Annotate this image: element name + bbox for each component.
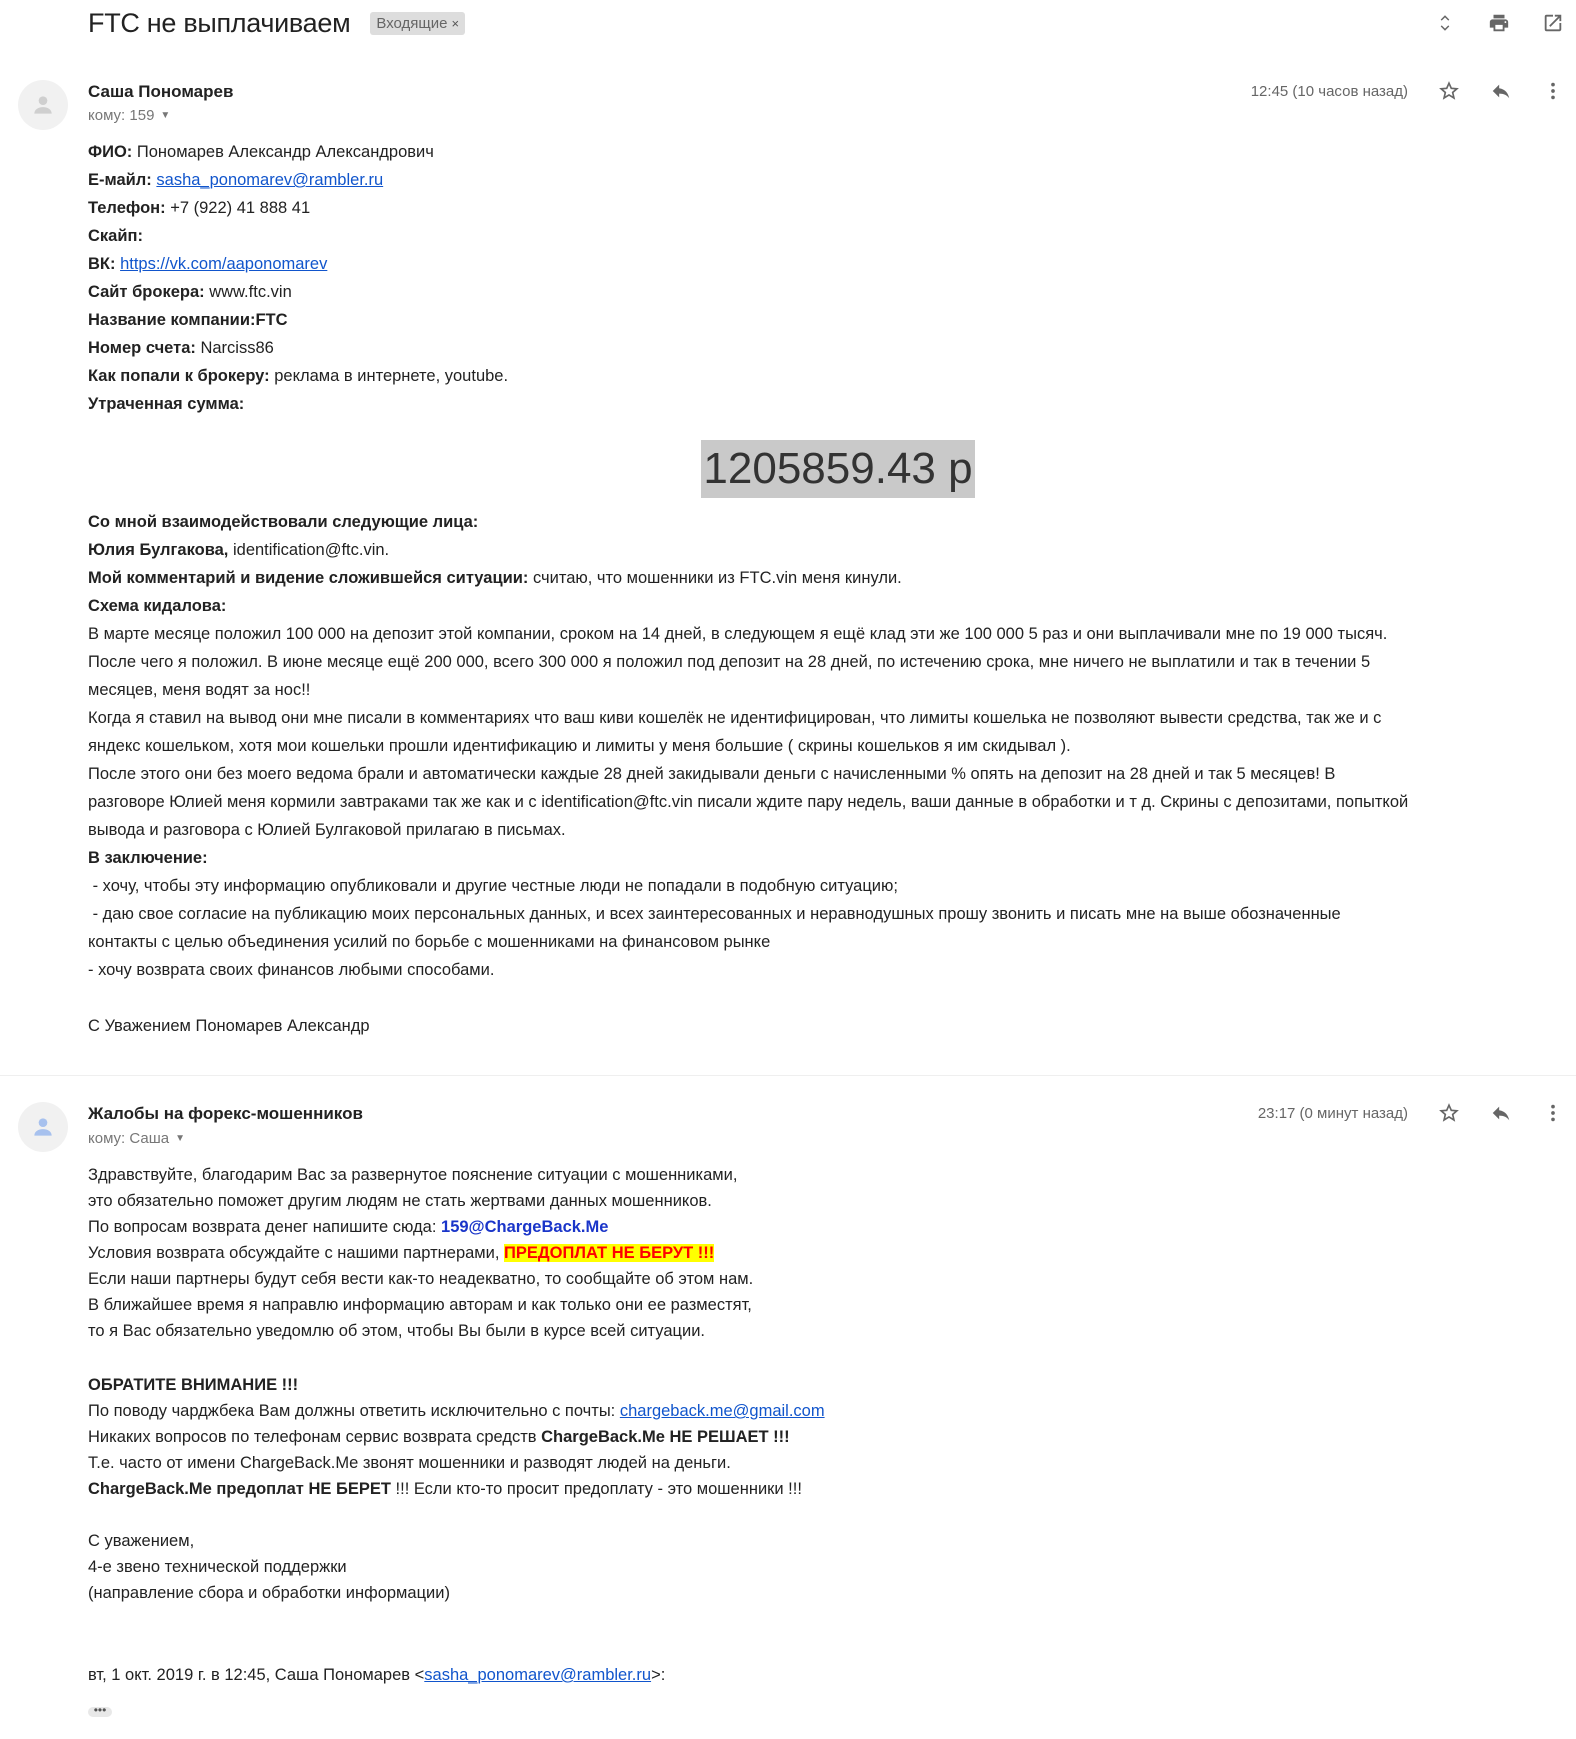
field-email: Е-майл: sasha_ponomarev@rambler.ru [88, 166, 1568, 194]
field-fio: ФИО: Пономарев Александр Александрович [88, 138, 1568, 166]
message-time: 23:17 (0 минут назад) [1258, 1105, 1408, 1122]
star-icon[interactable] [1436, 1100, 1462, 1126]
signature: С Уважением Пономарев Александр [88, 1012, 1568, 1040]
open-new-window-icon[interactable] [1540, 10, 1566, 36]
person-icon [30, 1114, 56, 1140]
persons-heading: Со мной взаимодействовали следующие лица… [88, 508, 1568, 536]
print-icon[interactable] [1486, 10, 1512, 36]
avatar[interactable] [18, 80, 68, 130]
scheme-line: В марте месяце положил 100 000 на депози… [88, 620, 1568, 648]
scheme-line: После этого они без моего ведома брали и… [88, 760, 1568, 788]
field-broker-site: Сайт брокера: www.ftc.vin [88, 278, 1568, 306]
chargeback-email-link[interactable]: chargeback.me@gmail.com [620, 1402, 825, 1420]
phone-line: Никаких вопросов по телефонам сервис воз… [88, 1424, 1568, 1450]
scheme-line: яндекс кошельком, хотя мои кошельки прош… [88, 732, 1568, 760]
info-line: то я Вас обязательно уведомлю об этом, ч… [88, 1318, 1568, 1344]
person-line: Юлия Булгакова, identification@ftc.vin. [88, 536, 1568, 564]
contact-line: По вопросам возврата денег напишите сюда… [88, 1214, 1568, 1240]
label-text: Входящие [376, 15, 447, 32]
show-details-caret-icon[interactable]: ▼ [175, 1133, 185, 1144]
scheme-line: месяцев, меня водят за нос!! [88, 676, 1568, 704]
conclusion-line: - хочу, чтобы эту информацию опубликовал… [88, 872, 1568, 900]
reply-icon[interactable] [1488, 78, 1514, 104]
info-line: Если наши партнеры будут себя вести как-… [88, 1266, 1568, 1292]
more-options-icon[interactable] [1540, 1100, 1566, 1126]
scheme-heading: Схема кидалова: [88, 592, 1568, 620]
field-account: Номер счета: Narciss86 [88, 334, 1568, 362]
show-trimmed-content-button[interactable]: ••• [88, 1707, 112, 1717]
inbox-label-chip[interactable]: Входящие × [370, 12, 465, 35]
recipient-text: кому: Саша [88, 1130, 169, 1147]
recipient-line[interactable]: кому: 159 ▼ [88, 107, 170, 124]
message-divider [0, 1075, 1576, 1076]
more-options-icon[interactable] [1540, 78, 1566, 104]
remove-label-icon[interactable]: × [451, 16, 459, 31]
field-company: Название компании:FTC [88, 306, 1568, 334]
conclusion-line: - хочу возврата своих финансов любыми сп… [88, 956, 1568, 984]
amount-wrap: 1205859.43 р [88, 440, 1576, 498]
thread-header: FTC не выплачиваем Входящие × [88, 8, 465, 39]
thread-actions [1432, 10, 1566, 36]
attention-email-line: По поводу чарджбека Вам должны ответить … [88, 1398, 1568, 1424]
field-phone: Телефон: +7 (922) 41 888 41 [88, 194, 1568, 222]
message-body: Здравствуйте, благодарим Вас за разверну… [88, 1162, 1568, 1722]
avatar[interactable] [18, 1102, 68, 1152]
expand-all-icon[interactable] [1432, 10, 1458, 36]
conclusion-line: контакты с целью объединения усилий по б… [88, 928, 1568, 956]
message-meta: 12:45 (10 часов назад) [1251, 78, 1566, 104]
field-lost-amount: Утраченная сумма: [88, 390, 1568, 418]
conclusion-heading: В заключение: [88, 844, 1568, 872]
prepay-line: ChargeBack.Me предоплат НЕ БЕРЕТ !!! Есл… [88, 1476, 1568, 1502]
person-icon [30, 92, 56, 118]
conclusion-line: - даю свое согласие на публикацию моих п… [88, 900, 1568, 928]
field-source: Как попали к брокеру: реклама в интернет… [88, 362, 1568, 390]
contact-email[interactable]: 159@ChargeBack.Me [441, 1218, 608, 1236]
scheme-line: вывода и разговора с Юлией Булгаковой пр… [88, 816, 1568, 844]
sender-name: Саша Пономарев [88, 82, 233, 102]
reply-icon[interactable] [1488, 1100, 1514, 1126]
intro-line: это обязательно поможет другим людям не … [88, 1188, 1568, 1214]
quoted-sender-email-link[interactable]: sasha_ponomarev@rambler.ru [424, 1666, 651, 1684]
quote-header: вт, 1 окт. 2019 г. в 12:45, Саша Пономар… [88, 1662, 1568, 1688]
info-line: В ближайшее время я направлю информацию … [88, 1292, 1568, 1318]
show-details-caret-icon[interactable]: ▼ [160, 110, 170, 121]
message-meta: 23:17 (0 минут назад) [1258, 1100, 1566, 1126]
message-body: ФИО: Пономарев Александр Александрович Е… [88, 138, 1568, 1040]
lost-amount-value: 1205859.43 р [701, 440, 974, 498]
sender-email-link[interactable]: sasha_ponomarev@rambler.ru [156, 171, 383, 189]
field-skype: Скайп: [88, 222, 1568, 250]
attention-heading: ОБРАТИТЕ ВНИМАНИЕ !!! [88, 1372, 1568, 1398]
scheme-line: Когда я ставил на вывод они мне писали в… [88, 704, 1568, 732]
field-vk: ВК: https://vk.com/aaponomarev [88, 250, 1568, 278]
recipient-text: кому: 159 [88, 107, 154, 124]
prepayment-warning: ПРЕДОПЛАТ НЕ БЕРУТ !!! [504, 1244, 714, 1262]
vk-link[interactable]: https://vk.com/aaponomarev [120, 255, 327, 273]
signature-line: 4-е звено технической поддержки [88, 1554, 1568, 1580]
comment-line: Мой комментарий и видение сложившейся си… [88, 564, 1568, 592]
fraud-line: Т.е. часто от имени ChargeBack.Me звонят… [88, 1450, 1568, 1476]
recipient-line[interactable]: кому: Саша ▼ [88, 1130, 185, 1147]
thread-subject: FTC не выплачиваем [88, 8, 350, 39]
star-icon[interactable] [1436, 78, 1462, 104]
scheme-line: разговоре Юлией меня кормили завтраками … [88, 788, 1568, 816]
sender-name: Жалобы на форекс-мошенников [88, 1104, 363, 1124]
scheme-line: После чего я положил. В июне месяце ещё … [88, 648, 1568, 676]
closing: С уважением, [88, 1528, 1568, 1554]
signature-line: (направление сбора и обработки информаци… [88, 1580, 1568, 1606]
message-time: 12:45 (10 часов назад) [1251, 83, 1408, 100]
intro-line: Здравствуйте, благодарим Вас за разверну… [88, 1162, 1568, 1188]
terms-line: Условия возврата обсуждайте с нашими пар… [88, 1240, 1568, 1266]
